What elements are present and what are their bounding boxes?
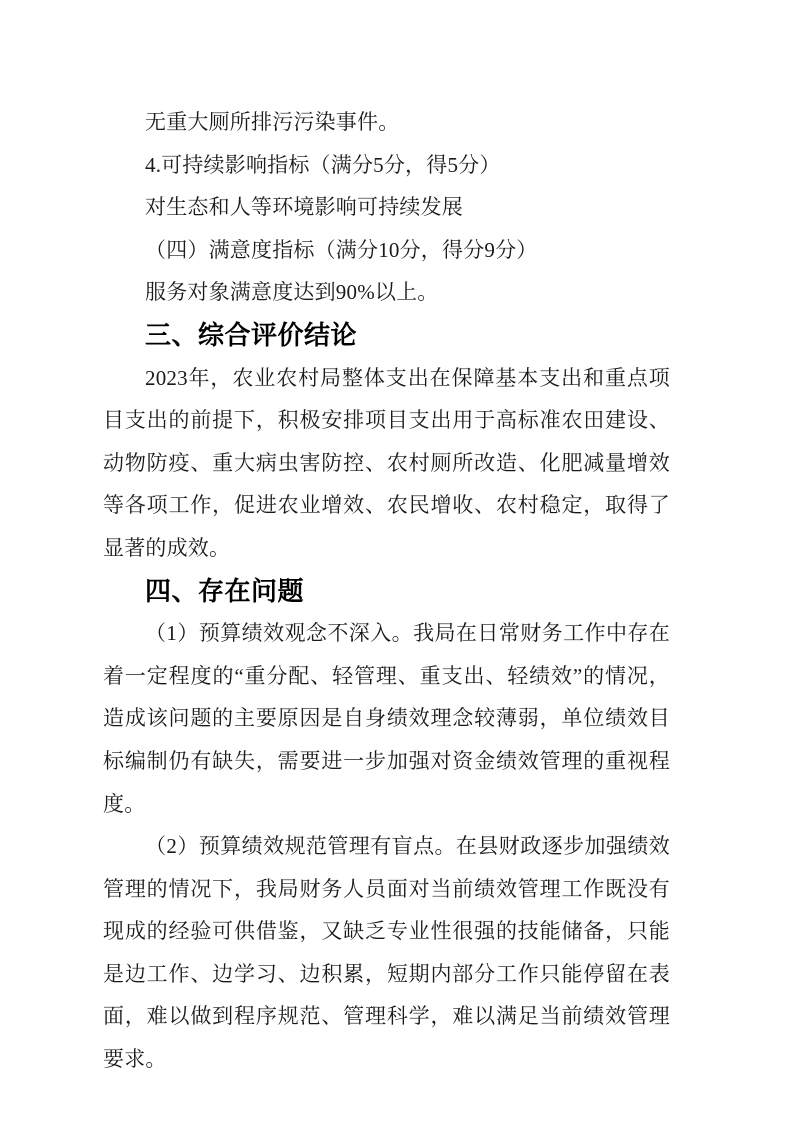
body-paragraph: 服务对象满意度达到90%以上。 — [103, 271, 670, 314]
body-paragraph: 4.可持续影响指标（满分5分，得5分） — [103, 144, 670, 187]
body-paragraph: 对生态和人等环境影响可持续发展 — [103, 186, 670, 229]
section-heading: 四、存在问题 — [103, 570, 670, 613]
body-paragraph: 无重大厕所排污污染事件。 — [103, 101, 670, 144]
body-paragraph: （四）满意度指标（满分10分，得分9分） — [103, 229, 670, 272]
body-paragraph: 2023年，农业农村局整体支出在保障基本支出和重点项目支出的前提下，积极安排项目… — [103, 357, 670, 570]
section-heading: 三、综合评价结论 — [103, 314, 670, 357]
body-paragraph: （1）预算绩效观念不深入。我局在日常财务工作中存在着一定程度的“重分配、轻管理、… — [103, 612, 670, 825]
document-content: 无重大厕所排污污染事件。4.可持续影响指标（满分5分，得5分）对生态和人等环境影… — [103, 101, 670, 1081]
document-page: 无重大厕所排污污染事件。4.可持续影响指标（满分5分，得5分）对生态和人等环境影… — [0, 0, 794, 1122]
body-paragraph: （2）预算绩效规范管理有盲点。在县财政逐步加强绩效管理的情况下，我局财务人员面对… — [103, 825, 670, 1081]
